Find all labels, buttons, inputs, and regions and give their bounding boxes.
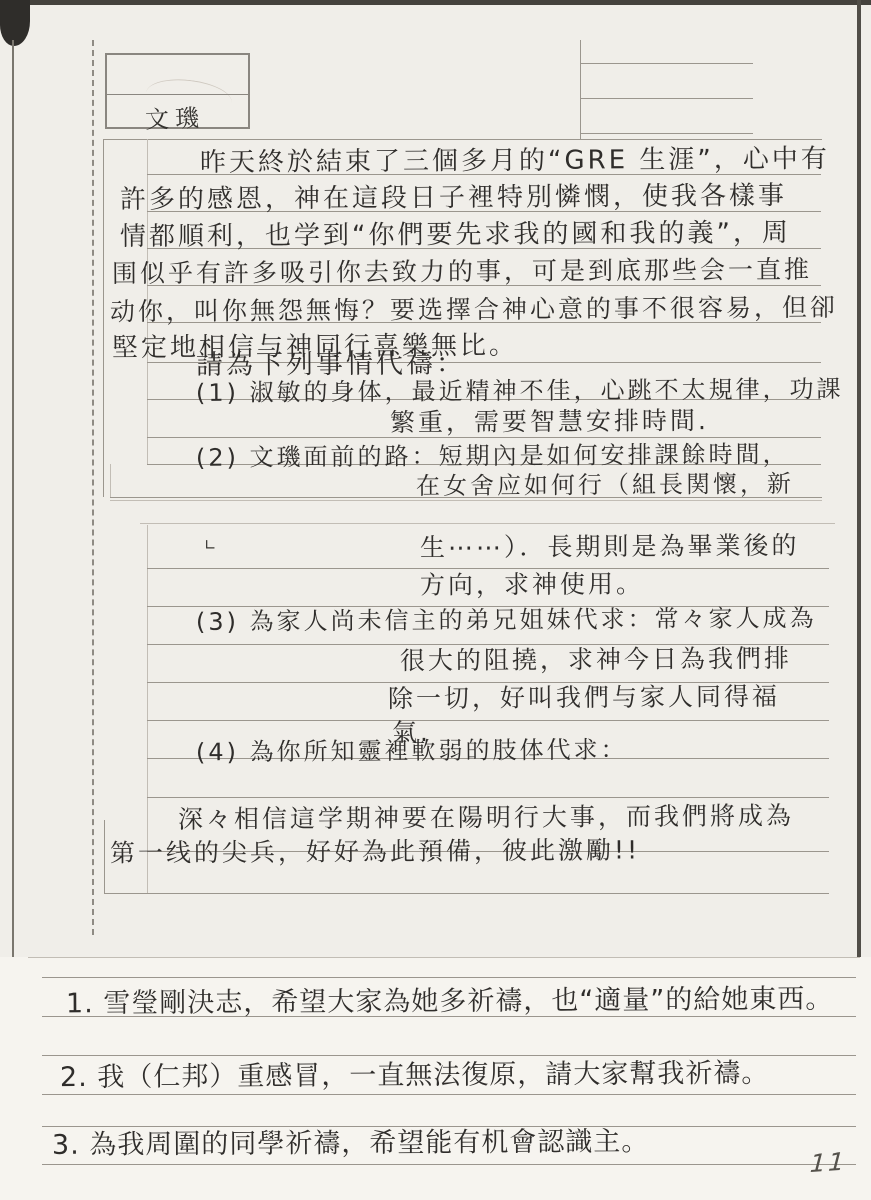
letter-line: 方向，求神使用。 bbox=[420, 570, 644, 600]
letter-line: (4) 為你所知靈裡軟弱的肢体代求： bbox=[196, 737, 628, 767]
paper-edge bbox=[140, 523, 835, 524]
ruled-line bbox=[147, 797, 829, 798]
letter-line: 动你，叫你無怨無悔？要选擇合神心意的事不很容易，但卻 bbox=[110, 294, 838, 327]
paper-edge bbox=[28, 957, 860, 958]
ruled-line bbox=[580, 133, 753, 134]
letter-line: 第一线的尖兵，好好為此預備，彼此激勵!! bbox=[110, 836, 640, 868]
ruled-line bbox=[42, 1094, 856, 1095]
margin-line bbox=[110, 464, 111, 497]
letter-line: (3) 為家人尚未信主的弟兄姐妹代求：常々家人成為 bbox=[196, 605, 817, 636]
ruled-line bbox=[147, 568, 829, 569]
note-item: 2. 我（仁邦）重感冒，一直無法復原，請大家幫我祈禱。 bbox=[60, 1058, 770, 1093]
letter-line: (1) 淑敏的身体，最近精神不佳，心跳不太規律，功課 bbox=[196, 376, 844, 408]
ruled-line bbox=[42, 977, 856, 978]
ruled-line bbox=[580, 98, 753, 99]
name-box: 文璣 bbox=[105, 53, 250, 129]
paper-border-left bbox=[104, 820, 105, 893]
note-item: 3. 為我周圍的同學祈禱，希望能有机會認識主。 bbox=[52, 1126, 650, 1161]
scanned-letter-page: 文璣 昨天終於結束了三個多月的“GRE 生涯”，心中有 許多的感恩，神在這段日子… bbox=[0, 0, 871, 1200]
ruled-line bbox=[42, 1055, 856, 1056]
ruled-line bbox=[42, 1164, 856, 1165]
letter-line: 深々相信這学期神要在陽明行大事，而我們將成為 bbox=[178, 802, 794, 835]
paper-border-bottom bbox=[104, 893, 829, 894]
letter-line: (2) 文璣面前的路：短期內是如何安排課餘時間， bbox=[196, 441, 790, 472]
letter-line: 围似乎有許多吸引你去致力的事，可是到底那些会一直推 bbox=[112, 256, 812, 289]
letter-line: 除一切，好叫我們与家人同得福 bbox=[388, 683, 780, 714]
letter-line: 許多的感恩，神在這段日子裡特別憐憫，使我各樣事 bbox=[120, 182, 787, 216]
name-label: 文璣 bbox=[144, 98, 205, 135]
scan-top-edge bbox=[0, 0, 871, 5]
letter-line: 在女舍应如何行（組長関懷，新 bbox=[416, 471, 794, 501]
letter-line: 生⋯⋯）．長期則是為畢業後的 bbox=[420, 532, 800, 563]
name-box-divider bbox=[107, 94, 248, 95]
continuation-mark: ∟ bbox=[204, 536, 217, 554]
paper-fragment-border bbox=[580, 40, 581, 139]
paper-border-top bbox=[103, 139, 822, 140]
paper-border-left bbox=[103, 139, 104, 497]
letter-line: 情都順利，也学到“你們要先求我的國和我的義”，周 bbox=[120, 219, 791, 253]
fold-dashed-line bbox=[92, 40, 94, 935]
letter-line: 很大的阻撓，求神今日為我們排 bbox=[400, 645, 792, 676]
scan-corner-blob bbox=[0, 0, 30, 46]
ruled-line bbox=[147, 720, 829, 721]
note-item: 1. 雪瑩剛決志，希望大家為她多祈禱，也“適量”的給她東西。 bbox=[66, 984, 834, 1020]
letter-line: 請為下列事情代禱： bbox=[196, 348, 466, 381]
letter-line: 昨天終於結束了三個多月的“GRE 生涯”，心中有 bbox=[200, 145, 830, 179]
ruled-line bbox=[580, 63, 753, 64]
letter-line: 繁重，需要智慧安排時間. bbox=[390, 407, 709, 438]
